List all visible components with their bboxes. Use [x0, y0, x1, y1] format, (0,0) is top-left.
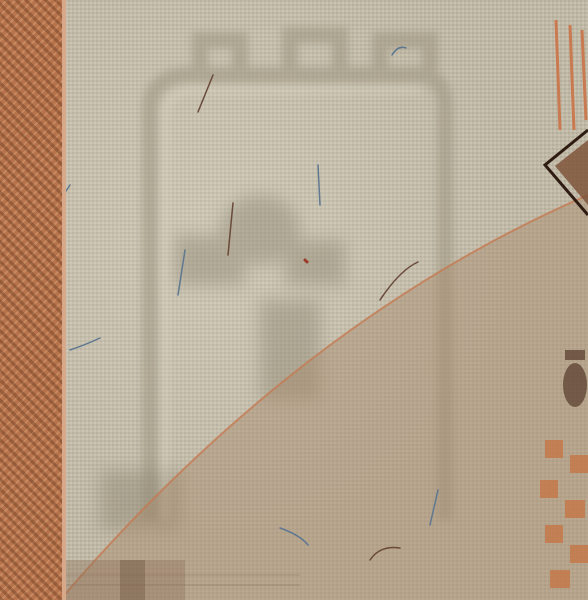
printed-guilloche-strip	[0, 0, 66, 600]
banknote-photo	[0, 0, 588, 600]
security-fibers	[0, 0, 588, 600]
